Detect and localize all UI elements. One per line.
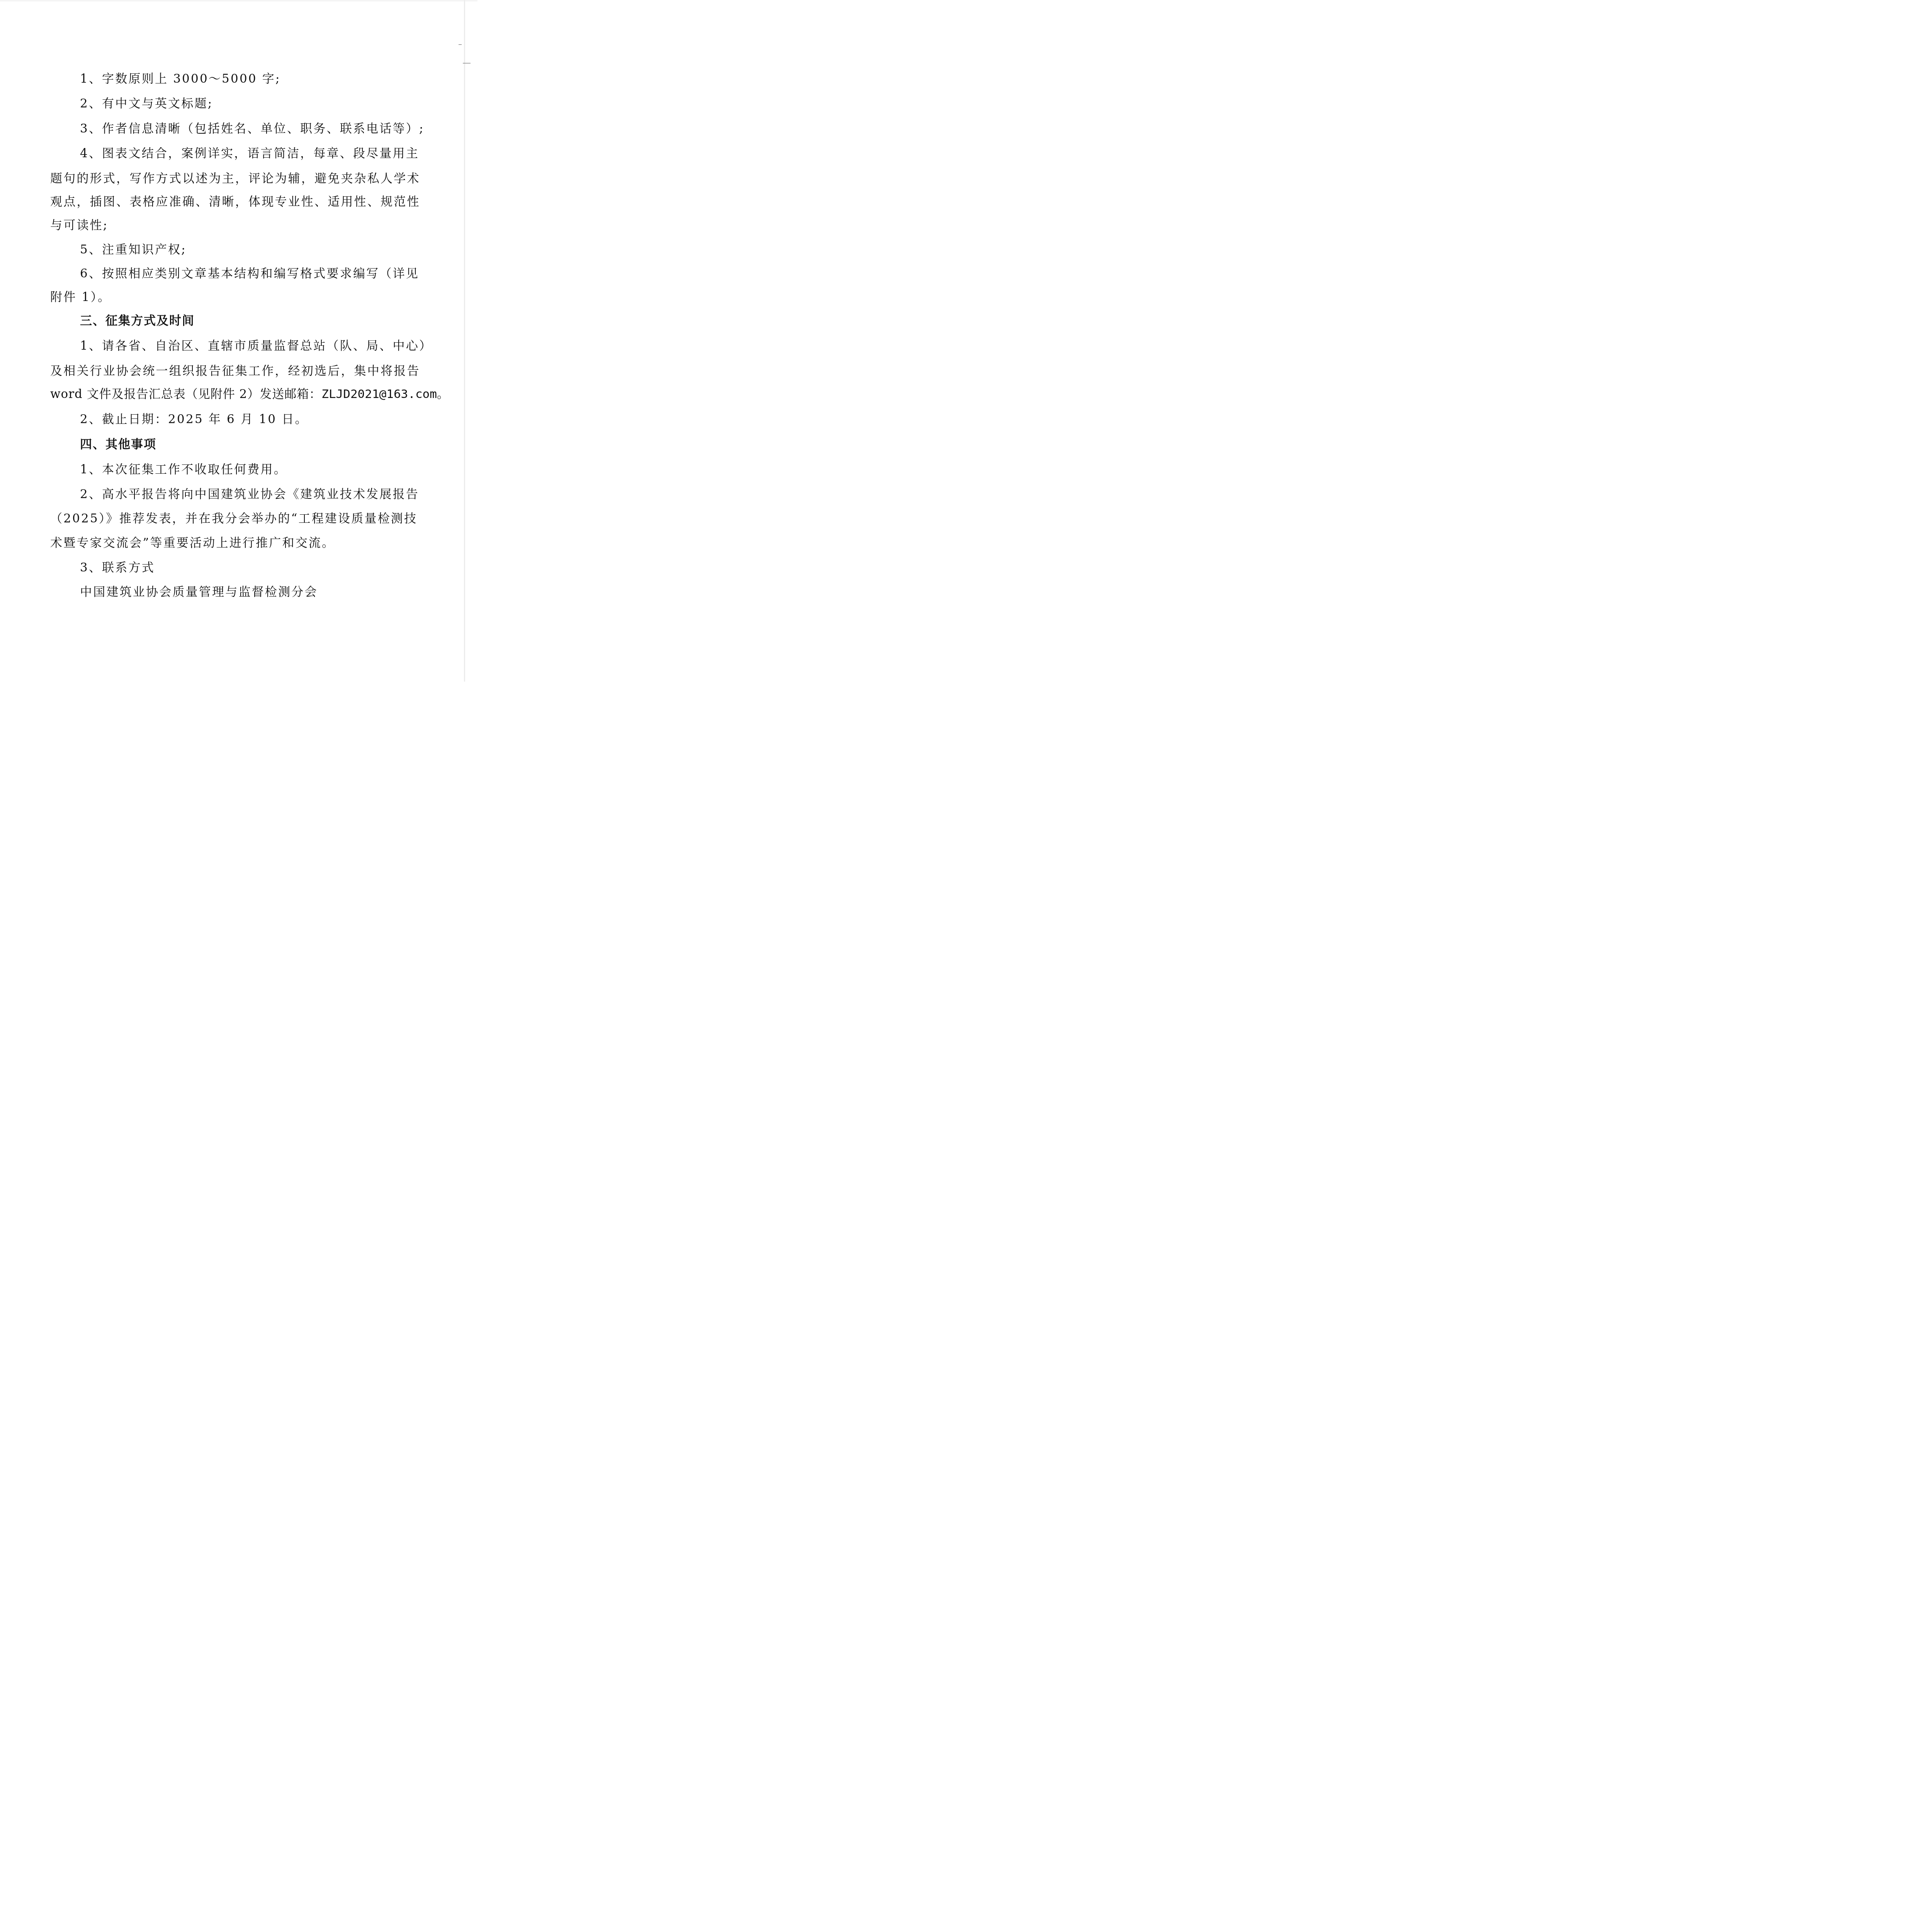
section-3-item-1-line-2: 及相关行业协会统一组织报告征集工作，经初选后，集中将报告 — [50, 363, 440, 379]
requirement-item-4-line-4: 与可读性; — [50, 218, 440, 233]
section-3-item-2-deadline: 2、截止日期：2025 年 6 月 10 日。 — [80, 412, 470, 427]
requirement-item-5: 5、注重知识产权; — [80, 242, 470, 257]
submission-email: ZLJD2021@163.com — [321, 387, 437, 401]
section-4-item-1: 1、本次征集工作不收取任何费用。 — [80, 462, 470, 477]
section-4-heading: 四、其他事项 — [80, 437, 470, 452]
section-3-item-1-line-1: 1、请各省、自治区、直辖市质量监督总站（队、局、中心） — [80, 338, 470, 354]
section-4-item-3: 3、联系方式 — [80, 560, 470, 575]
section-4-item-2-line-2: （2025）》推荐发表，并在我分会举办的“工程建设质量检测技 — [50, 511, 440, 526]
requirement-item-4-line-1: 4、图表文结合，案例详实，语言简洁，每章、段尽量用主 — [80, 146, 470, 161]
sentence-end: 。 — [437, 387, 449, 401]
scan-edge-top — [0, 0, 477, 2]
requirement-item-3: 3、作者信息清晰（包括姓名、单位、职务、联系电话等）; — [80, 121, 470, 136]
requirement-item-6-line-1: 6、按照相应类别文章基本结构和编写格式要求编写（详见 — [80, 266, 470, 281]
scan-mark — [463, 63, 471, 63]
contact-organization: 中国建筑业协会质量管理与监督检测分会 — [80, 584, 470, 600]
section-4-item-2-line-3: 术暨专家交流会”等重要活动上进行推广和交流。 — [50, 535, 440, 551]
document-page: 1、字数原则上 3000～5000 字; 2、有中文与英文标题; 3、作者信息清… — [0, 0, 477, 682]
section-3-item-1-line-3: word 文件及报告汇总表（见附件 2）发送邮箱：ZLJD2021@163.co… — [50, 386, 440, 402]
requirement-item-2: 2、有中文与英文标题; — [80, 96, 470, 111]
requirement-item-6-line-2: 附件 1）。 — [50, 289, 440, 305]
section-3-heading: 三、征集方式及时间 — [80, 313, 470, 328]
requirement-item-4-line-3: 观点，插图、表格应准确、清晰，体现专业性、适用性、规范性 — [50, 194, 440, 209]
requirement-item-1: 1、字数原则上 3000～5000 字; — [80, 71, 470, 87]
requirement-item-4-line-2: 题句的形式，写作方式以述为主，评论为辅，避免夹杂私人学术 — [50, 171, 440, 186]
section-4-item-2-line-1: 2、高水平报告将向中国建筑业协会《建筑业技术发展报告 — [80, 486, 470, 502]
submission-instruction: word 文件及报告汇总表（见附件 2）发送邮箱： — [50, 387, 321, 401]
scan-mark — [459, 44, 462, 45]
